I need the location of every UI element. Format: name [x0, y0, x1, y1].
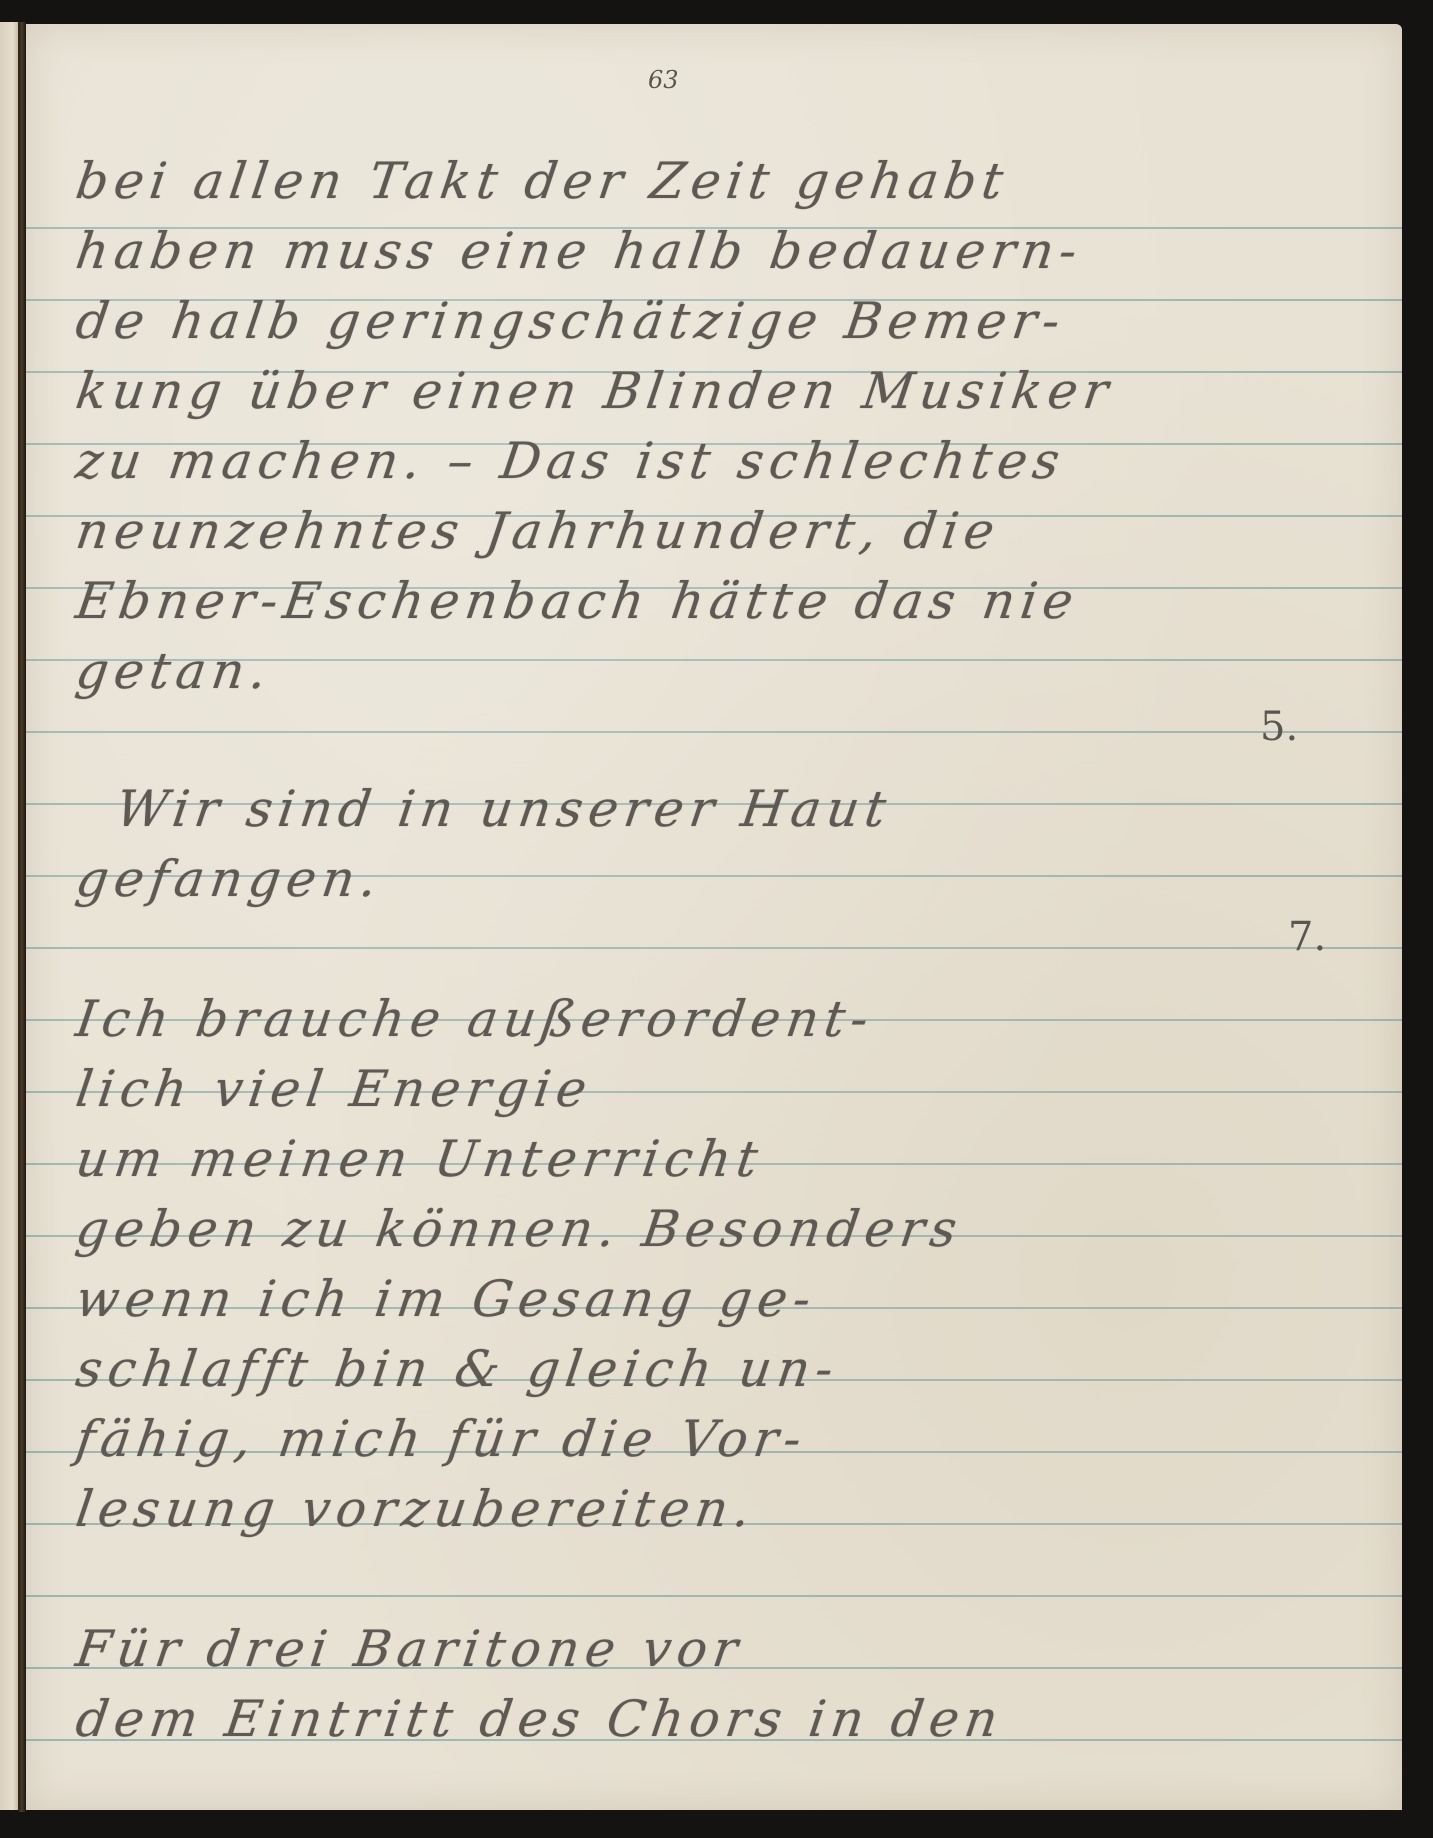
text-line: lesung vorzubereiten.: [71, 1480, 1420, 1546]
notebook-spine: [18, 22, 26, 1812]
text-line: um meinen Unterricht: [71, 1130, 1420, 1196]
text-line: geben zu können. Besonders: [71, 1200, 1420, 1266]
section-number: 7.: [1288, 914, 1326, 960]
text-line: Ich brauche außerordent-: [71, 990, 1420, 1056]
text-line: lich viel Energie: [71, 1060, 1420, 1126]
text-line: fähig, mich für die Vor-: [71, 1410, 1420, 1476]
text-line: de halb geringschätzige Bemer-: [71, 292, 1420, 358]
text-line: dem Eintritt des Chors in den: [71, 1690, 1420, 1756]
text-line: bei allen Takt der Zeit gehabt: [71, 152, 1420, 218]
text-line: wenn ich im Gesang ge-: [71, 1270, 1420, 1336]
page-number: 63: [648, 66, 679, 94]
text-line: schlafft bin & gleich un-: [71, 1340, 1420, 1406]
section-number: 5.: [1260, 704, 1298, 750]
text-line: gefangen.: [71, 850, 1420, 916]
text-line: Wir sind in unserer Haut: [111, 780, 1433, 846]
text-line: kung über einen Blinden Musiker: [71, 362, 1420, 428]
text-line: neunzehntes Jahrhundert, die: [71, 502, 1420, 568]
facing-page-edge: [0, 22, 18, 1810]
text-line: zu machen. – Das ist schlechtes: [71, 432, 1420, 498]
notebook-page: 63 bei allen Takt der Zeit gehabt haben …: [26, 24, 1402, 1810]
text-line: Für drei Baritone vor: [71, 1620, 1420, 1686]
text-line: Ebner-Eschenbach hätte das nie: [71, 572, 1420, 638]
text-line: haben muss eine halb bedauern-: [71, 222, 1420, 288]
text-line: getan.: [71, 642, 1420, 708]
